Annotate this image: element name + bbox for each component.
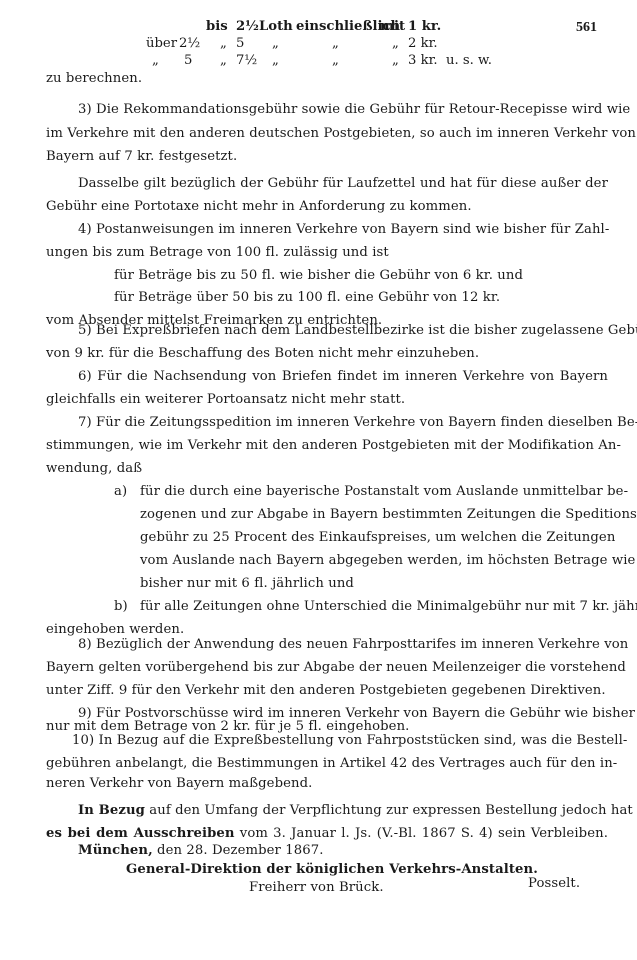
p3b-line-2: Gebühr eine Portotaxe nicht mehr in Anfo… bbox=[46, 199, 472, 215]
p7b-line-2: eingehoben werden. bbox=[46, 622, 184, 638]
p4-line-1: 4) Postanweisungen im inneren Verkehre v… bbox=[78, 222, 608, 238]
p7b-line-1: für alle Zeitungen ohne Unterschied die … bbox=[140, 599, 608, 615]
rate-row-2-conj: „ bbox=[220, 36, 227, 52]
p8-line-2: Bayern gelten vorübergehend bis zur Abga… bbox=[46, 660, 608, 676]
p7-line-2: stimmungen, wie im Verkehr mit den ander… bbox=[46, 438, 608, 454]
p7a-line-3: gebühr zu 25 Procent des Einkaufspreises… bbox=[140, 530, 608, 546]
closing-line-1-bold: In Bezug bbox=[78, 803, 145, 818]
p3-line-3: Bayern auf 7 kr. festgesetzt. bbox=[46, 149, 237, 165]
p6-line-2: gleichfalls ein weiterer Portoansatz nic… bbox=[46, 392, 405, 408]
p8-line-1: 8) Bezüglich der Anwendung des neuen Fah… bbox=[78, 637, 608, 653]
p7a-line-2: zogenen und zur Abgabe in Bayern bestimm… bbox=[140, 507, 608, 523]
rate-row-3-suffix: u. s. w. bbox=[446, 53, 492, 69]
closing-line-2-bold: es bei dem Ausschreiben bbox=[46, 826, 235, 841]
p7a-line-1: für die durch eine bayerische Postanstal… bbox=[140, 484, 608, 500]
p7-line-3: wendung, daß bbox=[46, 461, 142, 477]
rate-row-1-conj: bis bbox=[206, 19, 228, 35]
signature-place: München, bbox=[78, 843, 153, 858]
rate-row-1-with: mit bbox=[380, 19, 405, 35]
rate-table: bis 2½ Loth einschließlich mit 1 kr. übe… bbox=[0, 0, 637, 80]
document-page: 561 bis 2½ Loth einschließlich mit 1 kr.… bbox=[0, 0, 637, 960]
signature-signer: Freiherr von Brück. bbox=[249, 880, 384, 896]
p7b-label: b) bbox=[114, 599, 128, 615]
p10-line-3: neren Verkehr von Bayern maßgebend. bbox=[46, 776, 312, 792]
rate-row-3-with: „ bbox=[392, 53, 399, 69]
p4-line-2: ungen bis zum Betrage von 100 fl. zuläss… bbox=[46, 245, 389, 261]
closing-line-2: es bei dem Ausschreiben vom 3. Januar l.… bbox=[46, 826, 608, 842]
p3b-line-1: Dasselbe gilt bezüglich der Gebühr für L… bbox=[78, 176, 608, 192]
rate-row-1-price: 1 kr. bbox=[408, 19, 441, 35]
rate-row-1-to: 2½ bbox=[236, 19, 259, 35]
closing-line-1: In Bezug auf den Umfang der Verpflichtun… bbox=[78, 803, 608, 819]
closing-line-1-rest: auf den Umfang der Verpflichtung zur exp… bbox=[145, 803, 633, 818]
rate-row-3-from: 5 bbox=[184, 53, 192, 69]
closing-line-2-rest: vom 3. Januar l. Js. (V.-Bl. 1867 S. 4) … bbox=[235, 826, 608, 841]
rate-row-3-unit: „ bbox=[272, 53, 279, 69]
rate-row-2-qual: „ bbox=[332, 36, 339, 52]
signature-authority: General-Direktion der königlichen Verkeh… bbox=[126, 862, 538, 878]
rate-row-3-qual: „ bbox=[332, 53, 339, 69]
p3-line-2: im Verkehre mit den anderen deutschen Po… bbox=[46, 126, 608, 142]
rate-row-2-unit: „ bbox=[272, 36, 279, 52]
rate-row-3-prefix: „ bbox=[152, 53, 159, 69]
rate-row-2-prefix: über bbox=[146, 36, 177, 52]
rate-row-3-conj: „ bbox=[220, 53, 227, 69]
p7-line-1: 7) Für die Zeitungsspedition im inneren … bbox=[78, 415, 608, 431]
p3-line-1: 3) Die Rekommandationsgebühr sowie die G… bbox=[78, 102, 608, 118]
rate-row-2-with: „ bbox=[392, 36, 399, 52]
p7a-label: a) bbox=[114, 484, 127, 500]
p6-line-1: 6) Für die Nachsendung von Briefen finde… bbox=[78, 369, 608, 385]
signature-date: den 28. Dezember 1867. bbox=[153, 843, 324, 858]
rate-row-3-to: 7½ bbox=[236, 53, 257, 69]
p5-line-1: 5) Bei Expreßbriefen nach dem Landbestel… bbox=[78, 323, 608, 339]
rate-row-2-price: 2 kr. bbox=[408, 36, 438, 52]
p8-line-3: unter Ziff. 9 für den Verkehr mit den an… bbox=[46, 683, 606, 699]
signature-countersigner: Posselt. bbox=[528, 876, 580, 892]
rate-table-after: zu berechnen. bbox=[46, 71, 142, 87]
p4-line-4: für Beträge über 50 bis zu 100 fl. eine … bbox=[114, 290, 500, 306]
p5-line-2: von 9 kr. für die Beschaffung des Boten … bbox=[46, 346, 479, 362]
rate-row-3-price: 3 kr. bbox=[408, 53, 438, 69]
p10-line-2: gebühren anbelangt, die Bestimmungen in … bbox=[46, 756, 608, 772]
p7a-line-5: bisher nur mit 6 fl. jährlich und bbox=[140, 576, 354, 592]
rate-row-2-from: 2½ bbox=[179, 36, 200, 52]
p4-line-3: für Beträge bis zu 50 fl. wie bisher die… bbox=[114, 268, 523, 284]
rate-row-1-unit: Loth bbox=[259, 19, 293, 35]
p7a-line-4: vom Auslande nach Bayern abgegeben werde… bbox=[140, 553, 608, 569]
rate-row-2-to: 5 bbox=[236, 36, 244, 52]
signature-date-line: München, den 28. Dezember 1867. bbox=[78, 843, 323, 859]
p10-line-1: 10) In Bezug auf die Expreßbestellung vo… bbox=[72, 733, 608, 749]
